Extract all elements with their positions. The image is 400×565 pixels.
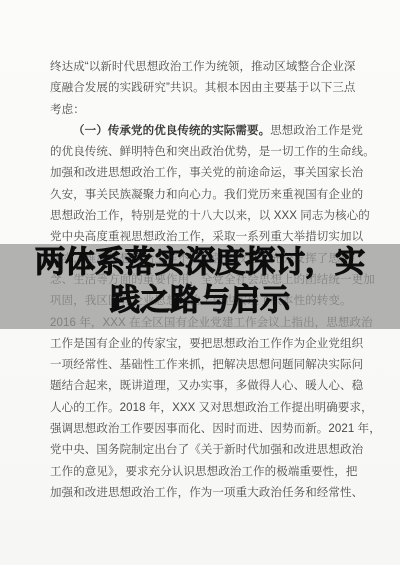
doc-text-segment: 思想政治工作是党: [270, 125, 363, 137]
doc-text-segment: 党中央、国务院制定出台了《关于新时代加强和改进思想政治: [50, 444, 363, 456]
doc-text-segment: 党中央高度重视思想政治工作，采取一系列重大举措切实加以: [50, 231, 363, 243]
doc-text-segment: 题结合起来，既讲道理，又办实事，多做得人心、暖人心、稳: [50, 380, 363, 392]
doc-line: 思想政治工作，特别是党的十八大以来，以 XXX 同志为核心的: [50, 206, 356, 227]
doc-line: 工作是国有企业的传家宝，要把思想政治工作作为企业党组织: [50, 334, 356, 355]
doc-text-segment: 加强和改进思想政治工作，事关党的前途命运，事关国家长治: [50, 167, 363, 179]
doc-line: 久安，事关民族凝聚力和向心力。我们党历来重视国有企业的: [50, 185, 356, 206]
doc-text-segment: 考虑：: [50, 104, 85, 116]
doc-text-segment: 终达成“以新时代思想政治工作为统领，推动区域整合企业深: [50, 61, 356, 73]
doc-text-segment: 人心的工作。2018 年，XXX 又对思想政治工作提出明确要求，: [50, 402, 373, 414]
title-banner-overlay: 两体系落实深度探讨，实 践之路与启示: [0, 244, 400, 329]
banner-title-line-2: 践之路与启示: [0, 282, 400, 320]
doc-line: 工作的意见》，要求充分认识思想政治工作的极端重要性，把: [50, 462, 356, 483]
doc-line: 终达成“以新时代思想政治工作为统领，推动区域整合企业深: [50, 57, 356, 78]
doc-line: 人心的工作。2018 年，XXX 又对思想政治工作提出明确要求，: [50, 398, 356, 419]
doc-text-segment: 一项经常性、基础性工作来抓，把解决思想问题同解决实际问: [50, 359, 363, 371]
doc-line: （一）传承党的优良传统的实际需要。思想政治工作是党: [50, 121, 356, 142]
doc-line: 加强和改进思想政治工作，作为一项重大政治任务和经常性、: [50, 483, 356, 504]
doc-text-segment: 加强和改进思想政治工作，作为一项重大政治任务和经常性、: [50, 487, 363, 499]
banner-title-line-1: 两体系落实深度探讨，实: [0, 244, 400, 282]
doc-line: 的优良传统、鲜明特色和突出政治优势，是一切工作的生命线。: [50, 142, 356, 163]
doc-line: 度融合发展的实践研究”共识。其根本因由主要基于以下三点: [50, 78, 356, 99]
doc-line: 考虑：: [50, 100, 356, 121]
doc-line: 加强和改进思想政治工作，事关党的前途命运，事关国家长治: [50, 163, 356, 184]
scanned-document-page: 终达成“以新时代思想政治工作为统领，推动区域整合企业深度融合发展的实践研究”共识…: [0, 0, 400, 565]
doc-text-segment: 久安，事关民族凝聚力和向心力。我们党历来重视国有企业的: [50, 189, 363, 201]
doc-text-segment: 强调思想政治工作要因事而化、因时而进、因势而新。2021 年，: [50, 423, 381, 435]
doc-text-segment: 的优良传统、鲜明特色和突出政治优势，是一切工作的生命线。: [50, 146, 375, 158]
doc-text-segment: 度融合发展的实践研究”共识。其根本因由主要基于以下三点: [50, 82, 356, 94]
doc-heading-segment: （一）传承党的优良传统的实际需要。: [73, 125, 270, 137]
doc-line: 强调思想政治工作要因事而化、因时而进、因势而新。2021 年，: [50, 419, 356, 440]
doc-line: 题结合起来，既讲道理，又办实事，多做得人心、暖人心、稳: [50, 376, 356, 397]
doc-line: 党中央、国务院制定出台了《关于新时代加强和改进思想政治: [50, 440, 356, 461]
doc-text-segment: 工作是国有企业的传家宝，要把思想政治工作作为企业党组织: [50, 338, 363, 350]
doc-text-segment: 工作的意见》，要求充分认识思想政治工作的极端重要性，把: [50, 466, 357, 478]
doc-text-segment: 思想政治工作，特别是党的十八大以来，以 XXX 同志为核心的: [50, 210, 370, 222]
doc-line: 一项经常性、基础性工作来抓，把解决思想问题同解决实际问: [50, 355, 356, 376]
